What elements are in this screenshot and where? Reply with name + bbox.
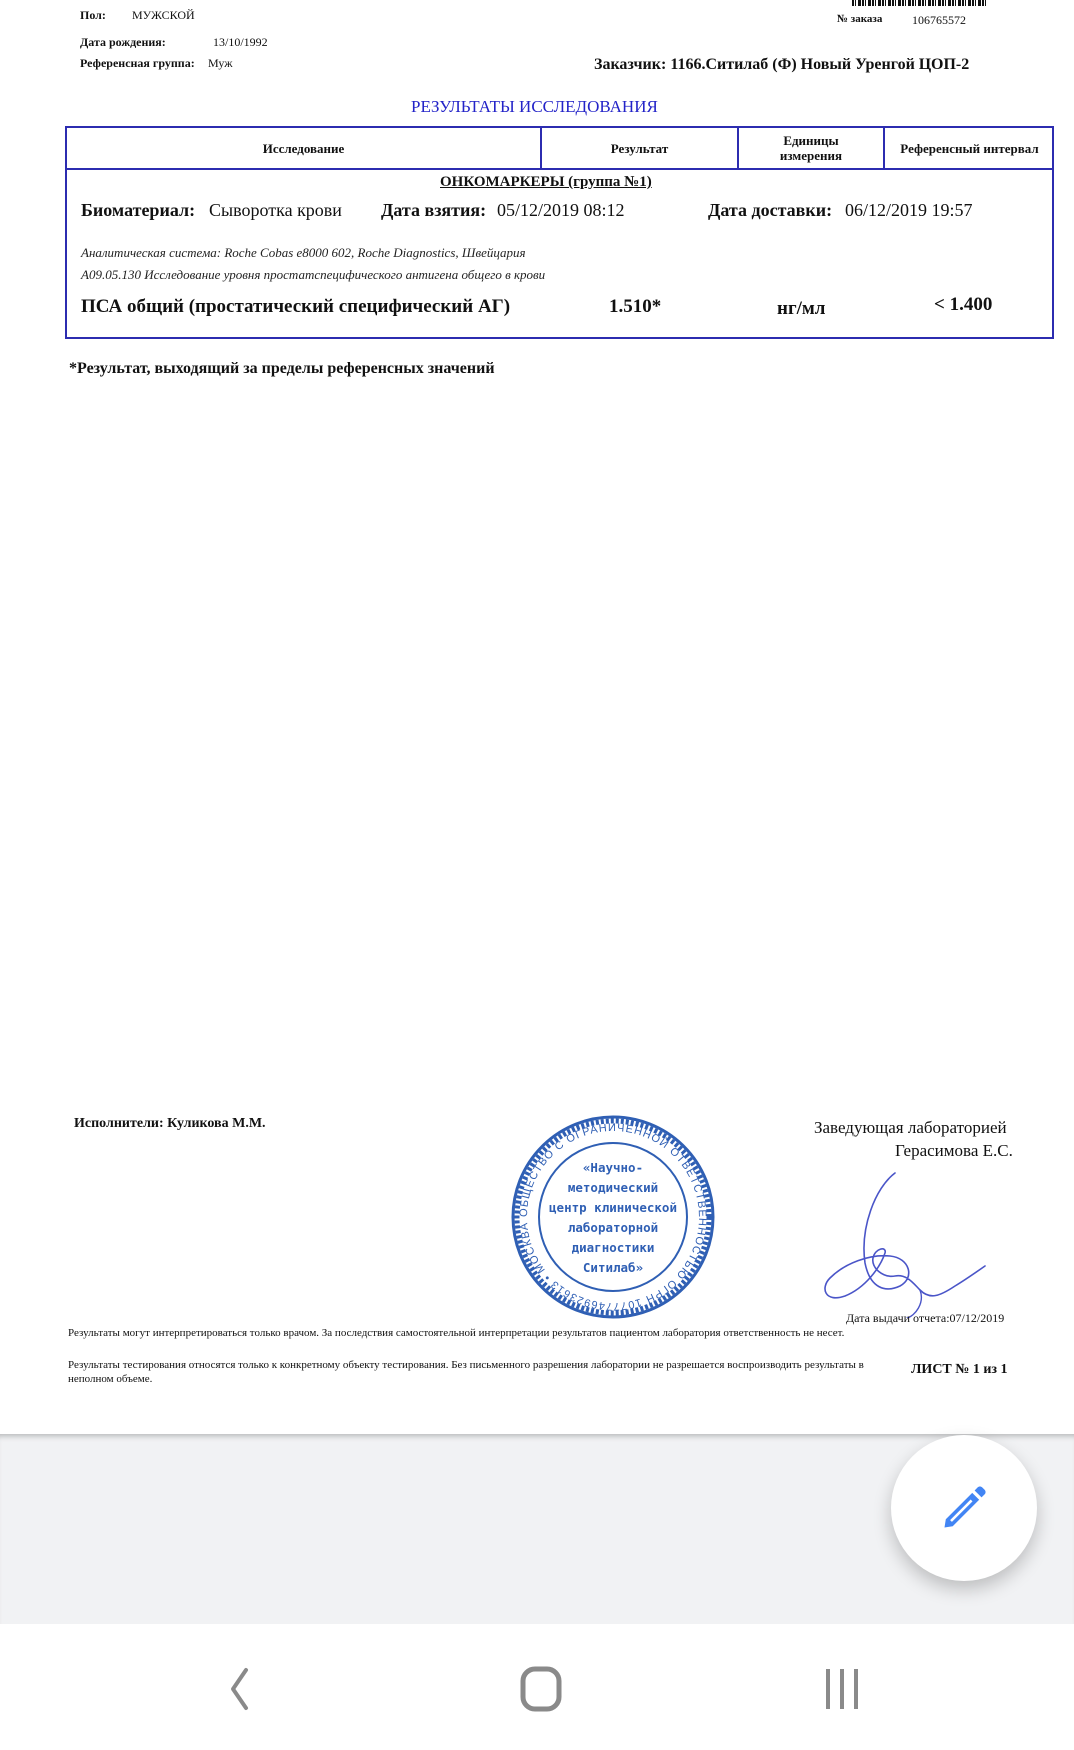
lab-stamp: ОБЩЕСТВО С ОГРАНИЧЕННОЙ ОТВЕТСТВЕННОСТЬЮ…	[508, 1112, 718, 1322]
delivered-date-value: 06/12/2019 19:57	[845, 200, 973, 221]
disclaimer-testing: Результаты тестирования относятся только…	[68, 1358, 888, 1386]
out-of-range-footnote: *Результат, выходящий за пределы референ…	[69, 360, 495, 378]
performers: Исполнители: Куликова М.М.	[74, 1116, 266, 1132]
test-reference: < 1.400	[934, 294, 992, 316]
biomaterial-label: Биоматериал:	[81, 200, 195, 221]
home-icon	[519, 1666, 563, 1712]
analytic-system: Аналитическая система: Roche Cobas e8000…	[81, 245, 526, 261]
service-code: A09.05.130 Исследование уровня простатсп…	[81, 267, 545, 283]
order-number-label: № заказа	[837, 13, 882, 25]
svg-text:методический: методический	[568, 1180, 658, 1195]
results-title: РЕЗУЛЬТАТЫ ИССЛЕДОВАНИЯ	[411, 97, 658, 117]
sheet-number: ЛИСТ № 1 из 1	[911, 1362, 1008, 1378]
ref-group-value: Муж	[208, 56, 233, 71]
document-page: Пол: МУЖСКОЙ Дата рождения: 13/10/1992 Р…	[0, 0, 1074, 1434]
barcode	[852, 0, 986, 6]
head-of-lab-name: Герасимова Е.С.	[895, 1141, 1013, 1161]
order-number-value: 106765572	[912, 13, 966, 28]
svg-text:«Научно-: «Научно-	[583, 1160, 643, 1175]
header-units: Единицы измерения	[739, 128, 885, 168]
sex-value: МУЖСКОЙ	[132, 8, 195, 23]
taken-date-value: 05/12/2019 08:12	[497, 200, 625, 221]
header-result: Результат	[542, 128, 739, 168]
system-navigation-bar	[0, 1624, 1074, 1750]
header-test: Исследование	[67, 128, 542, 168]
results-table: Исследование Результат Единицы измерения…	[65, 126, 1054, 339]
test-result: 1.510*	[609, 296, 661, 318]
signature	[815, 1168, 995, 1318]
disclaimer-interpretation: Результаты могут интерпретироваться толь…	[68, 1326, 888, 1340]
sex-label: Пол:	[80, 8, 106, 23]
pencil-icon	[938, 1482, 990, 1534]
edit-button[interactable]	[891, 1435, 1037, 1581]
test-name: ПСА общий (простатический специфический …	[81, 296, 541, 317]
svg-text:центр клинической: центр клинической	[549, 1200, 677, 1215]
header-reference: Референсный интервал	[885, 128, 1054, 168]
back-button[interactable]	[194, 1654, 284, 1724]
section-title: ОНКОМАРКЕРЫ (группа №1)	[440, 174, 652, 191]
ref-group-label: Референсная группа:	[80, 56, 195, 71]
dob-label: Дата рождения:	[80, 35, 166, 50]
taken-date-label: Дата взятия:	[381, 200, 486, 221]
test-units: нг/мл	[777, 298, 825, 320]
delivered-date-label: Дата доставки:	[708, 200, 832, 221]
head-of-lab-title: Заведующая лабораторией	[814, 1118, 1007, 1138]
back-icon	[224, 1666, 254, 1712]
svg-text:лабораторной: лабораторной	[568, 1220, 658, 1235]
home-button[interactable]	[496, 1654, 586, 1724]
recents-icon	[820, 1666, 864, 1712]
svg-text:Ситилаб»: Ситилаб»	[583, 1260, 643, 1275]
biomaterial-value: Сыворотка крови	[209, 200, 342, 221]
table-header: Исследование Результат Единицы измерения…	[67, 128, 1052, 170]
svg-text:диагностики: диагностики	[572, 1240, 655, 1255]
dob-value: 13/10/1992	[213, 35, 268, 50]
recents-button[interactable]	[797, 1654, 887, 1724]
customer: Заказчик: 1166.Ситилаб (Ф) Новый Уренгой…	[594, 56, 969, 74]
issue-date: Дата выдачи отчета:07/12/2019	[846, 1311, 1004, 1326]
